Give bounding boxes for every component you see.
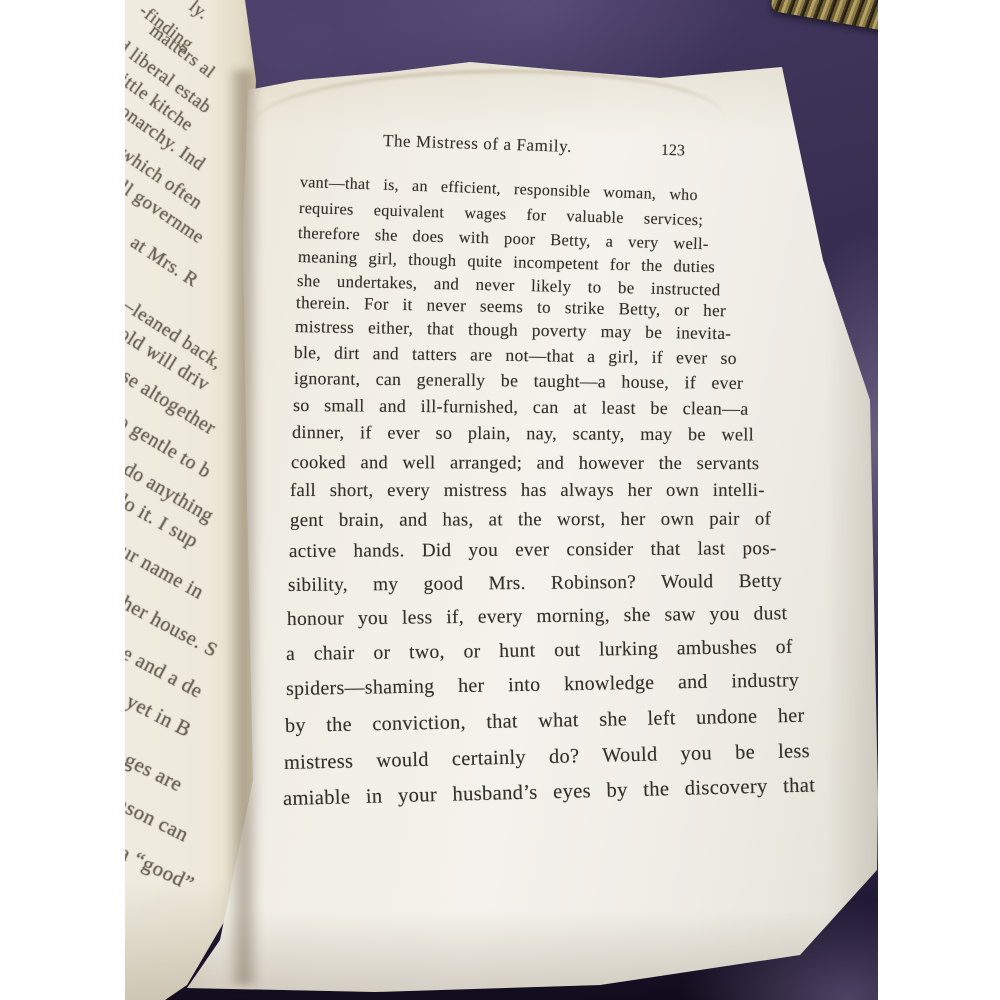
body-text-line: fall short, every mistress has always he…: [290, 480, 765, 503]
body-text-line: so small and ill-furnished, can at least…: [293, 395, 749, 420]
body-text-line: honour you less if, every morning, she s…: [287, 602, 788, 631]
body-text-line: sibility, my good Mrs. Robinson? Would B…: [288, 570, 782, 597]
body-text-line: active hands. Did you ever consider that…: [289, 538, 777, 564]
page-top-fold: [253, 66, 724, 125]
gilt-book-corner: [770, 0, 878, 37]
left-page-text-fragment: inson can: [125, 788, 193, 847]
running-header-title: The Mistress of a Family.: [383, 131, 573, 157]
left-page-text-fragment: ly.: [185, 0, 213, 24]
book-photo: ly.-findingmatters alnd liberal estabe l…: [125, 0, 878, 1000]
body-text-line: mistress would certainly do? Would you b…: [284, 739, 810, 775]
left-page-text-fragment: tages are: [125, 740, 187, 797]
body-text-line: dinner, if ever so plain, nay, scanty, m…: [292, 422, 754, 446]
body-text-line: amiable in your husband’s eyes by the di…: [283, 774, 816, 812]
page-number: 123: [661, 142, 686, 161]
body-text-line: mistress either, that though poverty may…: [295, 317, 732, 345]
photo-canvas: ly.-findingmatters alnd liberal estabe l…: [0, 0, 1000, 1000]
body-text-line: ble, dirt and tatters are not—that a gir…: [294, 342, 737, 369]
body-text-line: ignorant, can generally be taught—a hous…: [293, 368, 742, 394]
running-header: The Mistress of a Family. 123: [383, 131, 685, 160]
body-text-line: by the conviction, that what she left un…: [285, 704, 805, 739]
body-text-line: a chair or two, or hunt out lurking ambu…: [286, 635, 793, 666]
body-text-line: spiders—shaming her into knowledge and i…: [285, 669, 799, 702]
body-text-line: cooked and well arranged; and however th…: [291, 451, 759, 474]
left-page-text-fragment: a “good”: [125, 840, 198, 897]
gutter-shadow: [227, 70, 261, 985]
body-text-line: gent brain, and has, at the worst, her o…: [290, 509, 771, 533]
